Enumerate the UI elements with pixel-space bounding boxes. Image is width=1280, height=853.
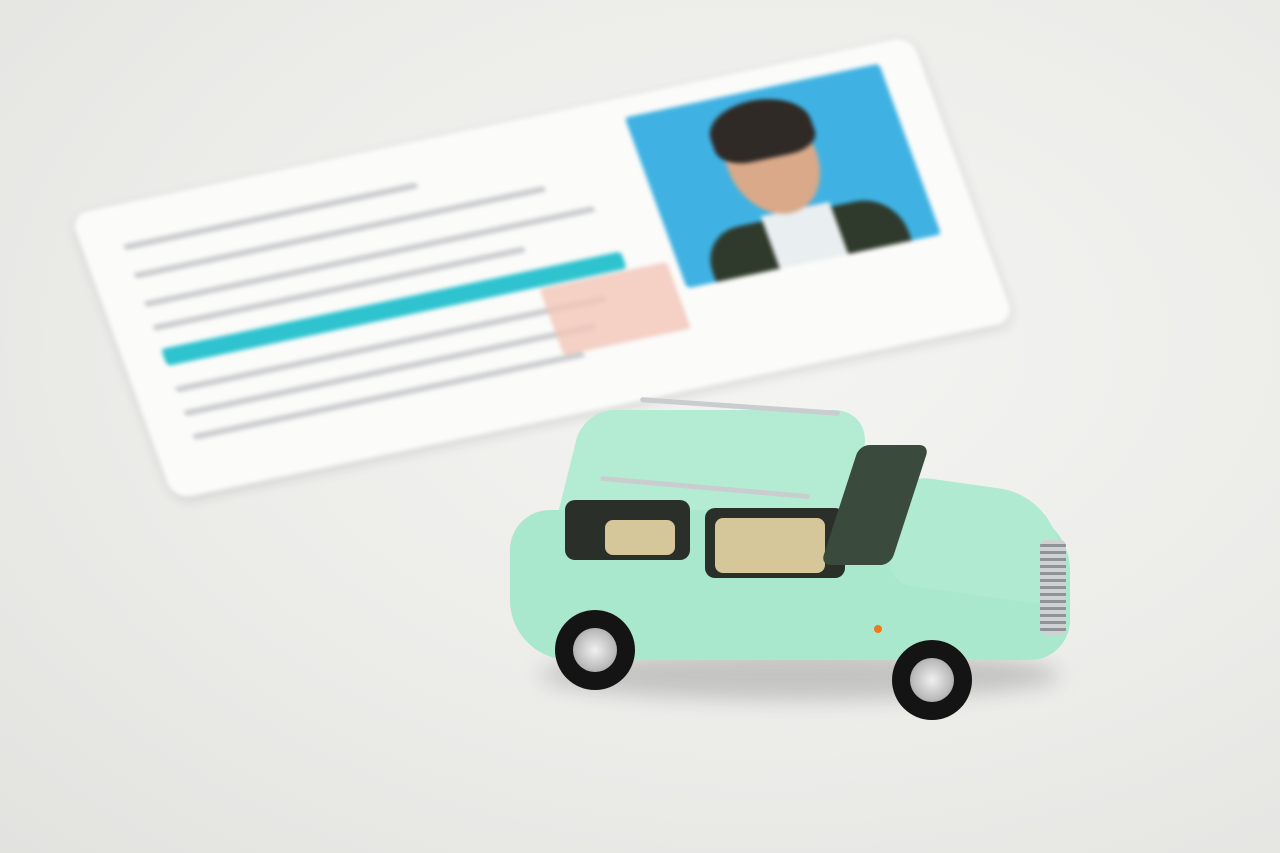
card-text-line [123,182,419,250]
toy-car [500,400,1080,710]
photo-scene [0,0,1280,853]
indicator-lamp [874,625,882,633]
door-window [705,508,845,578]
hubcap [573,628,617,672]
card-portrait [625,63,941,288]
hubcap [910,658,954,702]
front-seat [715,518,825,573]
front-grille [1040,540,1066,635]
rear-wheel [555,610,635,690]
rear-seat [605,520,675,555]
rear-window [565,500,690,560]
front-wheel [892,640,972,720]
